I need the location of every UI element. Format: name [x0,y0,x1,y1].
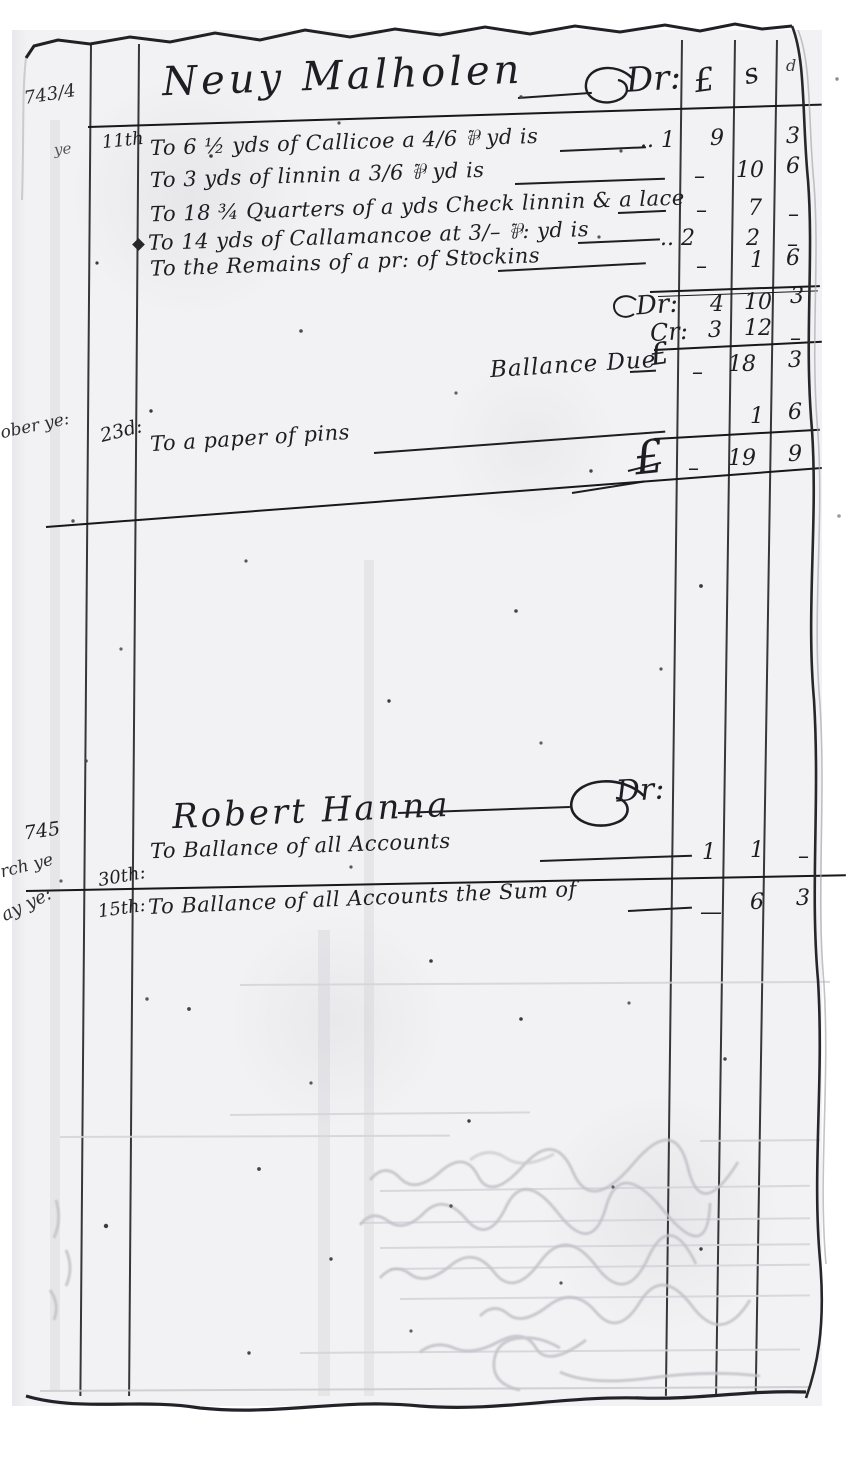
account2-year-label: 745 [23,820,62,844]
account1-dr-label: Dr: [625,60,682,98]
shilling-value: 6 [750,892,764,914]
total-cr-pence: – [790,328,801,350]
pound-value: .. 2 [660,228,695,250]
grand-total-pence: 9 [788,444,802,466]
margin-note: ye [53,141,72,158]
total-dr-shilling: 10 [744,292,772,314]
account1-title: Neuy Malholen [161,50,524,103]
total-dr-pence: 3 [790,286,804,308]
total-dr-pound: 4 [710,294,724,316]
balance-pound-sign: £ [648,339,671,371]
shilling-value: 1 [750,840,764,862]
grand-total-shilling: 19 [728,448,756,470]
paper-speckles [0,0,2,2]
ledger-scan: 743/4 Neuy Malholen Dr: £ s d ye 11th To… [0,0,850,1462]
pence-value: 3 [796,888,810,910]
total-cr-shilling: 12 [744,318,772,340]
pound-value: .. 1 [640,130,675,152]
pins-shilling: 1 [750,406,764,428]
balance-shilling: 18 [728,354,756,376]
total-cr-pound: 3 [708,320,722,342]
pound-value: — [700,902,722,924]
pound-value: – [694,166,705,188]
pound-value: 1 [702,842,716,864]
pins-pence: 6 [788,402,802,424]
col-header-pence: d [786,58,796,74]
pound-value: – [696,200,707,222]
pence-value: – [798,846,809,868]
total-dr-label: Dr: [635,291,679,320]
pence-value: – [788,204,799,226]
shilling-value: 2 [746,228,760,250]
day-label: 11th [101,130,144,152]
grand-total-pound-sign: £ [632,433,666,482]
pence-value: 3 [786,126,800,148]
shilling-value: 7 [748,198,762,220]
pence-value: 6 [786,248,800,270]
col-header-pound: £ [692,63,717,98]
pound-value: – [696,256,707,278]
fold-streak [50,120,60,1390]
fold-streak [318,930,330,1396]
shilling-value: 9 [710,128,724,150]
pence-value: 6 [786,156,800,178]
balance-pound: – [692,362,703,384]
fold-streak [364,560,374,1396]
shilling-value: 10 [736,160,764,182]
shilling-value: 1 [750,250,764,272]
balance-pence: 3 [788,350,802,372]
account2-dr-label: Dr: [615,774,665,807]
